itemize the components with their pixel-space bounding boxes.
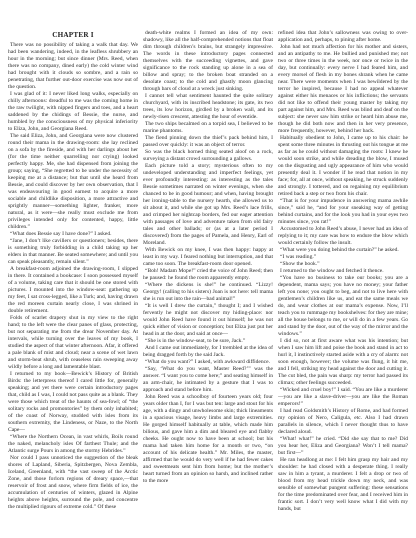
paragraph: The fiend pinning down the thief’s pack … [143,135,273,149]
paragraph: “What do you want?” I asked, with awkwar… [143,359,273,366]
text-column-right: refined idea that John’s sallowness was … [278,30,408,520]
paragraph: “Boh! Madam Mope!” cried the voice of Jo… [143,268,273,282]
paragraph: Folds of scarlet drapery shut in my view… [8,315,138,371]
paragraph: death-white realms I formed an idea of m… [143,30,273,93]
paragraph: I was glad of it: I never liked long wal… [8,91,138,133]
paragraph: “She is in the window-seat, to be sure, … [143,338,273,345]
paragraph: A breakfast-room adjoined the drawing-ro… [8,266,138,315]
paragraph: Nor could I pass unnoticed the suggestio… [8,455,138,511]
paragraph: I had read Goldsmith’s History of Rome, … [278,408,408,436]
paragraph: I returned to my book—Bewick’s History o… [8,371,138,434]
paragraph: And I came out immediately, for I trembl… [143,345,273,359]
paragraph: “What! what!” he cried. “Did she say tha… [278,436,408,457]
paragraph: “What does Bessie say I have done?” I as… [8,231,138,238]
paragraph: The said Eliza, John, and Georgiana were… [8,133,138,231]
paragraph: John Reed was a schoolboy of fourteen ye… [143,394,273,485]
paragraph: Accustomed to John Reed’s abuse, I never… [278,226,408,247]
paragraph: I returned to the window and fetched it … [278,268,408,275]
text-column-left: CHAPTER I There was no possibility of ta… [8,30,138,520]
paragraph: “Show the book.” [278,261,408,268]
paragraph: There was no possibility of taking a wal… [8,42,138,91]
chapter-title: CHAPTER I [8,31,138,40]
paragraph: Habitually obedient to John, I came up t… [278,135,408,198]
poem-quote: “Where the Northern Ocean, in vast whirl… [8,434,138,455]
paragraph: “Where the dickens is she!” he continued… [143,282,273,303]
paragraph: “That is for your impudence in answering… [278,198,408,226]
paragraph: I cannot tell what sentiment haunted the… [143,93,273,121]
paragraph: “I was reading.” [278,254,408,261]
paragraph: The two ships becalmed on a torpid sea, … [143,121,273,135]
paragraph: So was the black horned thing seated alo… [143,149,273,163]
paragraph: “Wicked and cruel boy!” I said. “You are… [278,387,408,408]
paragraph: “Say, ‘What do you want, Master Reed?’” … [143,366,273,394]
paragraph: “What were you doing behind the curtain?… [278,247,408,254]
document-page: CHAPTER I There was no possibility of ta… [8,30,410,520]
paragraph: He ran headlong at me: I felt him grasp … [278,457,408,513]
text-column-middle: death-white realms I formed an idea of m… [143,30,273,520]
paragraph: John had not much affection for his moth… [278,44,408,135]
paragraph: Each picture told a story; mysterious of… [143,163,273,247]
paragraph: refined idea that John’s sallowness was … [278,30,408,44]
paragraph: “You have no business to take our books;… [278,275,408,338]
paragraph: With Bewick on my knee, I was then happy… [143,247,273,268]
paragraph: “It is well I drew the curtain,” thought… [143,303,273,338]
paragraph: “Jane, I don’t like cavillers or questio… [8,238,138,266]
paragraph: I did so, not at first aware what was hi… [278,338,408,387]
